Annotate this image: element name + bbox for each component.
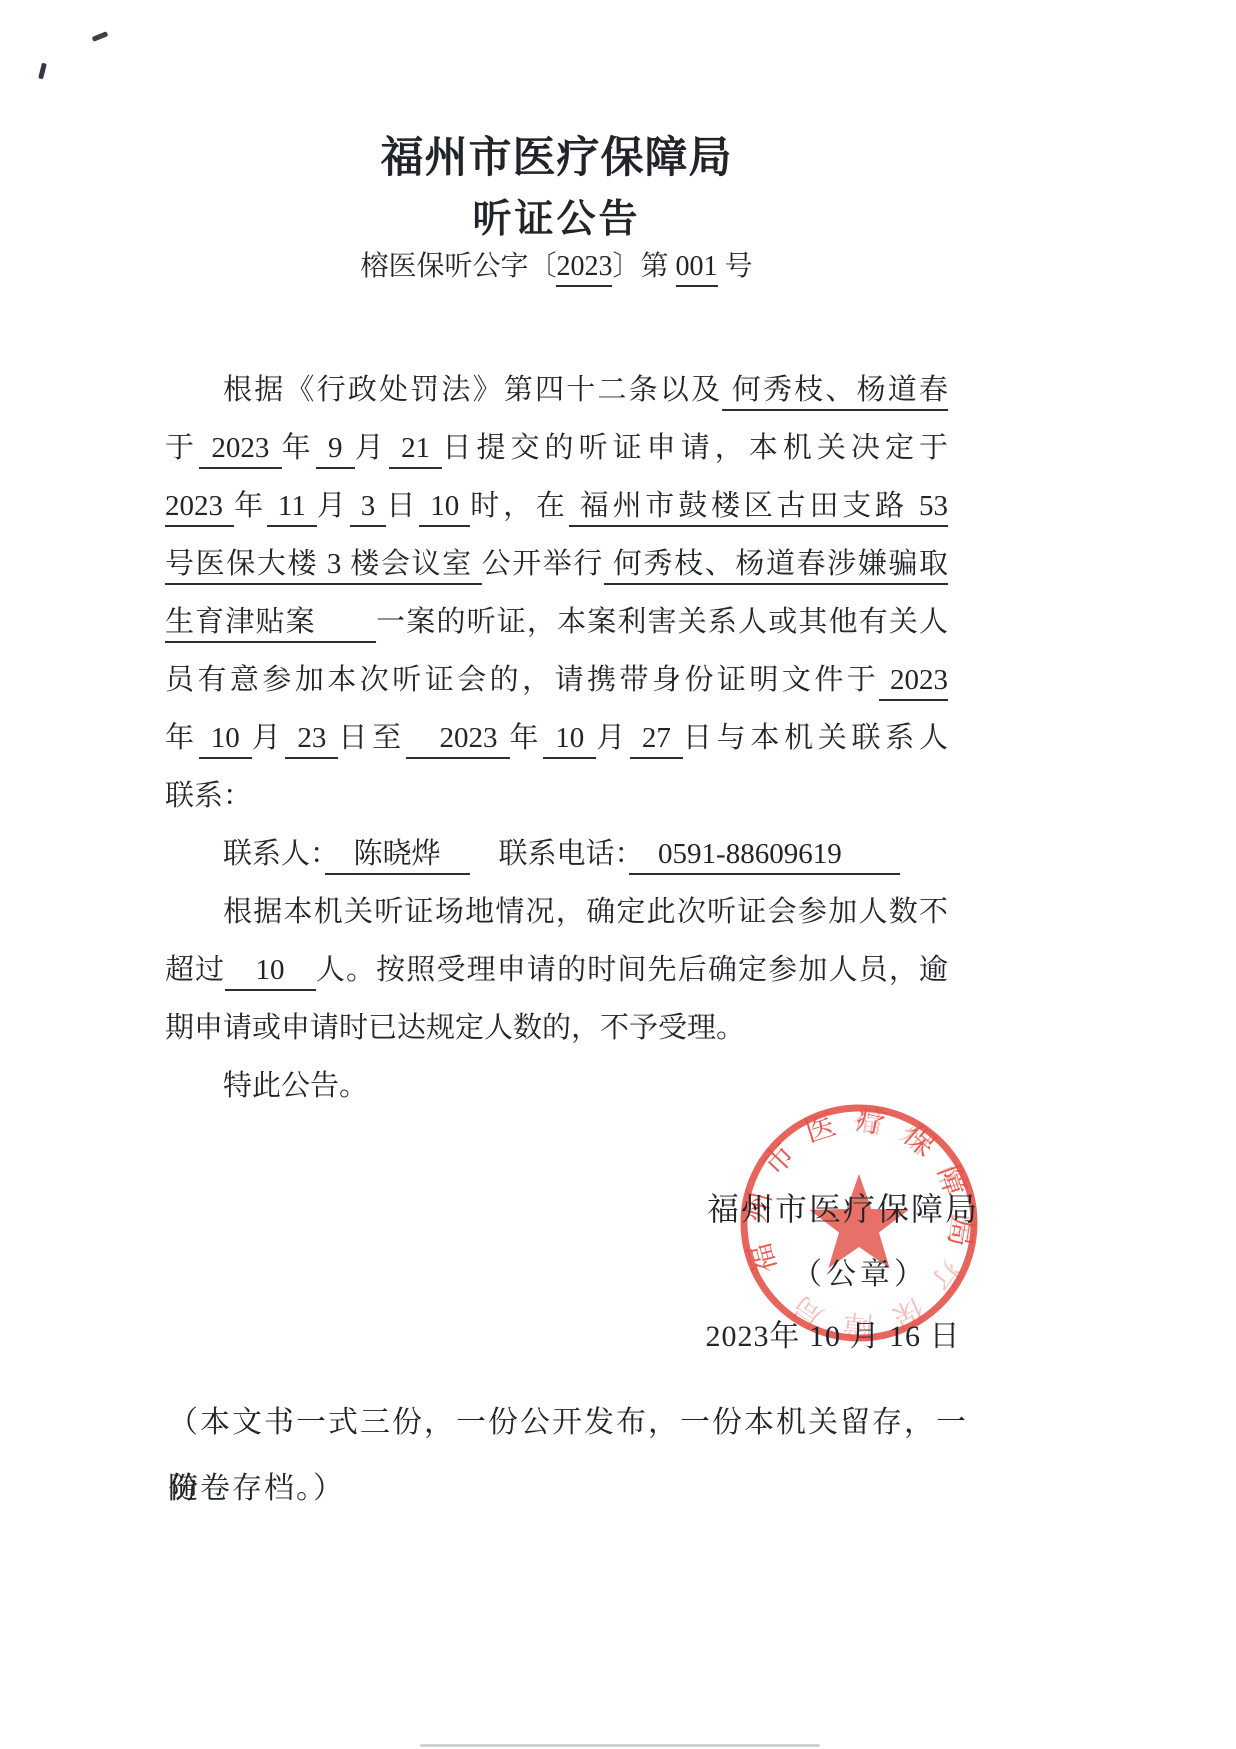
text-segment: 月 <box>596 722 630 754</box>
body-line: 联系： <box>165 767 948 825</box>
scan-mark <box>38 63 47 80</box>
body-line: 联系人： 陈晓烨 联系电话： 0591-88609619 <box>165 825 948 883</box>
text-segment: 联系人： <box>223 838 325 870</box>
body-line: 生育津贴案 一案的听证，本案利害关系人或其他有关人 <box>165 593 948 651</box>
text-segment: 号 <box>718 251 753 282</box>
underlined-blank: 何秀枝、杨道春 <box>722 374 948 411</box>
underlined-blank: 21 <box>389 432 443 469</box>
text-segment: 时，在 <box>470 490 568 522</box>
body-line: 于 2023 年 9 月 21 日提交的听证申请，本机关决定于 <box>165 419 948 477</box>
underlined-blank: 2023 <box>406 722 510 759</box>
underlined-blank: 23 <box>285 722 338 759</box>
underlined-blank: 2023 <box>199 432 282 469</box>
text-segment: 超过 <box>165 954 225 986</box>
text-segment: 〕第 <box>612 251 675 282</box>
document-title: 听证公告 <box>165 194 948 246</box>
underlined-blank: 10 <box>543 722 596 759</box>
underlined-blank: 0591-88609619 <box>629 838 900 875</box>
text-segment: 员有意参加本次听证会的，请携带身份证明文件于 <box>165 664 879 696</box>
underlined-blank: 2023 <box>556 251 612 287</box>
agency-signature: 福州市医疗保障局 <box>640 1184 1046 1230</box>
text-segment: 根据本机关听证场地情况，确定此次听证会参加人数不 <box>223 896 948 928</box>
text-segment: 月 <box>355 432 389 464</box>
underlined-blank: 福州市鼓楼区古田支路 53 <box>569 490 948 527</box>
underlined-blank: 2023 <box>879 664 948 701</box>
text-segment: 月 <box>252 722 286 754</box>
text-segment: 月 <box>317 490 350 522</box>
text-segment: 一案的听证，本案利害关系人或其他有关人 <box>376 606 948 638</box>
body-line: 员有意参加本次听证会的，请携带身份证明文件于 2023 <box>165 651 948 709</box>
body-line: 年 10 月 23 日至 2023 年 10 月 27 日与本机关联系人 <box>165 709 948 767</box>
underlined-blank: 10 <box>225 954 315 991</box>
body-line: 期申请或申请时已达规定人数的，不予受理。 <box>165 999 948 1057</box>
underlined-blank: 27 <box>630 722 683 759</box>
body-text: 根据《行政处罚法》第四十二条以及 何秀枝、杨道春于 2023 年 9 月 21 … <box>165 361 948 1115</box>
document-page: 福州市医疗保障局 听证公告 榕医保听公字〔2023〕第 001 号 根据《行政处… <box>0 0 1236 1749</box>
footer-note: （本文书一式三份，一份公开发布，一份本机关留存，一份 随卷存档。） <box>168 1390 998 1522</box>
text-segment: 榕医保听公字〔 <box>360 251 556 282</box>
text-segment: 年 <box>282 432 316 464</box>
underlined-blank: 生育津贴案 <box>165 606 376 643</box>
text-segment: 年 <box>165 722 199 754</box>
text-segment: 日提交的听证申请，本机关决定于 <box>442 432 948 464</box>
scan-mark <box>92 31 109 42</box>
text-segment: 联系电话： <box>470 838 630 870</box>
text-segment: 根据《行政处罚法》第四十二条以及 <box>223 374 722 406</box>
text-segment: 联系： <box>165 780 252 812</box>
text-segment: 日与本机关联系人 <box>683 722 948 754</box>
underlined-blank: 10 <box>199 722 252 759</box>
body-line: 根据本机关听证场地情况，确定此次听证会参加人数不 <box>165 883 948 941</box>
body-line: 号医保大楼 3 楼会议室 公开举行 何秀枝、杨道春涉嫌骗取 <box>165 535 948 593</box>
text-segment: 年 <box>510 722 544 754</box>
underlined-blank: 陈晓烨 <box>325 838 470 875</box>
underlined-blank: 何秀枝、杨道春涉嫌骗取 <box>604 548 948 585</box>
underlined-blank: 号医保大楼 3 楼会议室 <box>165 548 482 585</box>
underlined-blank: 10 <box>419 490 470 527</box>
text-segment: 公开举行 <box>482 548 604 580</box>
text-segment: 日 <box>386 490 419 522</box>
seal-note: （公章） <box>640 1249 1080 1293</box>
underlined-blank: 001 <box>676 251 718 287</box>
signature-date: 2023年 10 月 16 日 <box>630 1311 1036 1355</box>
footer-line: （本文书一式三份，一份公开发布，一份本机关留存，一份 <box>168 1390 998 1456</box>
text-segment: 于 <box>165 432 199 464</box>
underlined-blank: 3 <box>350 490 387 527</box>
text-segment: 人。按照受理申请的时间先后确定参加人员，逾 <box>316 954 948 986</box>
body-line: 2023 年 11 月 3 日 10 时，在 福州市鼓楼区古田支路 53 <box>165 477 948 535</box>
text-segment: 特此公告。 <box>223 1070 368 1102</box>
underlined-blank: 9 <box>316 432 355 469</box>
text-segment: 日至 <box>338 722 405 754</box>
underlined-blank: 11 <box>267 490 317 527</box>
footer-line: 随卷存档。） <box>168 1456 998 1522</box>
body-line: 根据《行政处罚法》第四十二条以及 何秀枝、杨道春 <box>165 361 948 419</box>
underlined-blank: 2023 <box>165 490 234 527</box>
text-segment: 期申请或申请时已达规定人数的，不予受理。 <box>165 1012 745 1044</box>
body-line: 超过 10 人。按照受理申请的时间先后确定参加人员，逾 <box>165 941 948 999</box>
agency-title: 福州市医疗保障局 <box>165 131 948 187</box>
doc-number: 榕医保听公字〔2023〕第 001 号 <box>165 247 948 287</box>
scan-edge-line <box>420 1744 820 1747</box>
text-segment: 年 <box>234 490 267 522</box>
